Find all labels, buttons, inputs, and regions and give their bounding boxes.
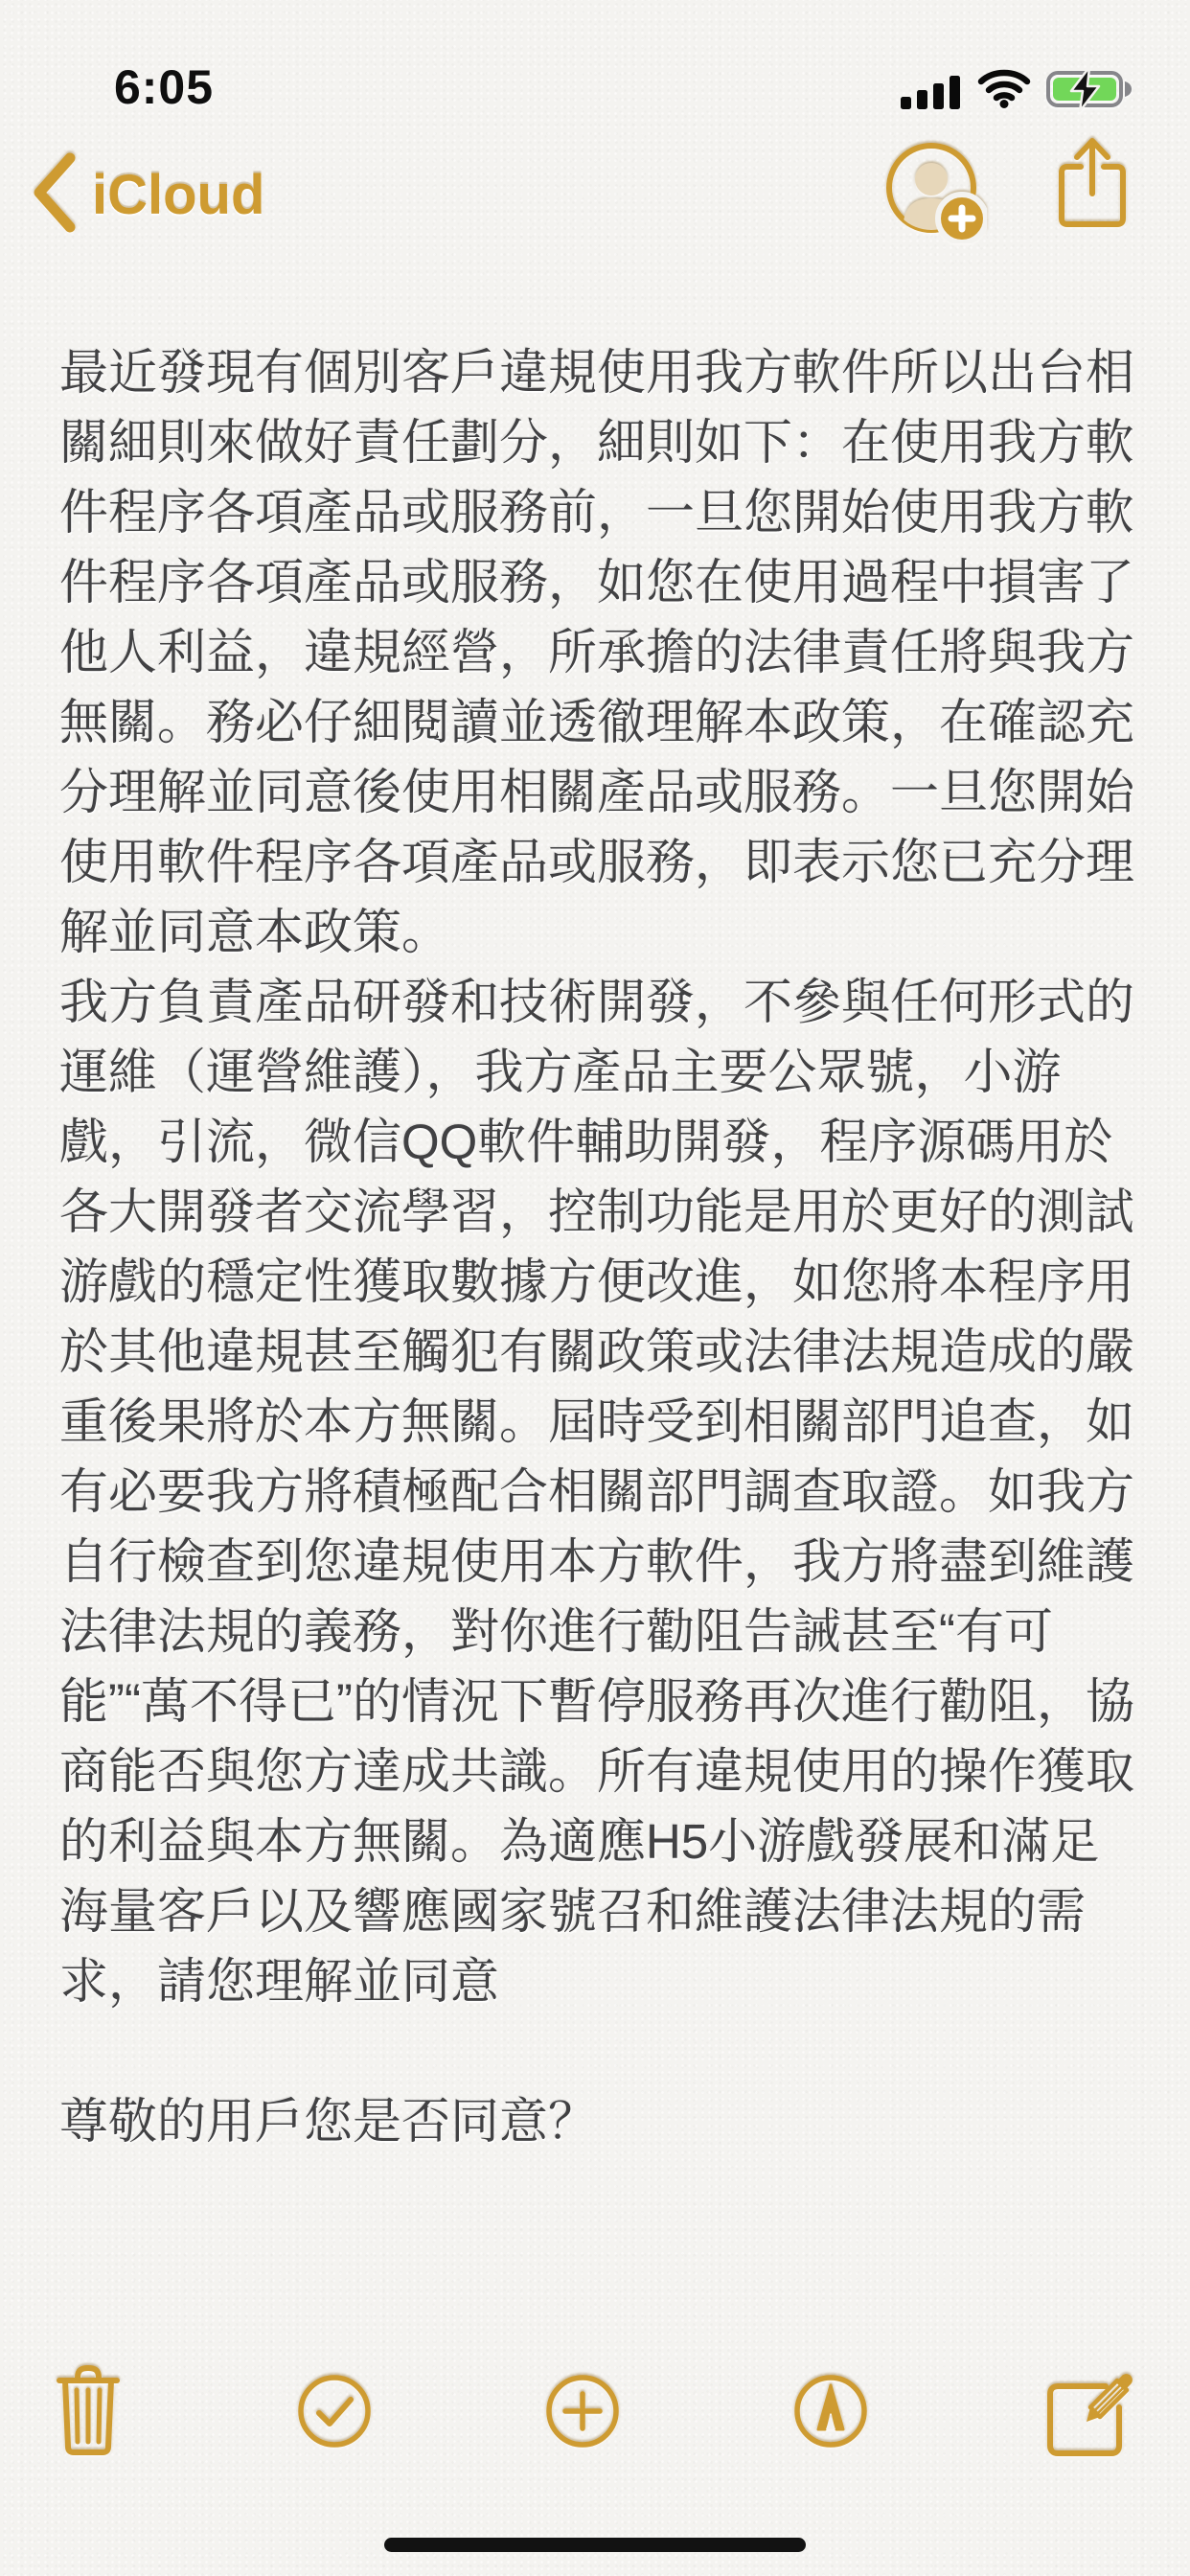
checklist-button[interactable] [296,2373,373,2454]
back-button-label: iCloud [92,163,264,227]
note-paragraph: 尊敬的用戶您是否同意？ [59,2086,1137,2156]
note-paragraph: 最近發現有個別客戶違規使用我方軟件所以出台相關細則來做好責任劃分，細則如下：在使… [59,337,1137,967]
back-button[interactable]: iCloud [31,151,264,239]
status-icons [901,63,1136,120]
back-chevron-icon [31,151,77,239]
home-indicator[interactable] [384,2538,806,2552]
cellular-signal-icon [901,69,962,114]
battery-charging-icon [1046,63,1136,120]
plus-circle-icon [544,2373,621,2454]
share-button[interactable] [1056,134,1129,235]
wifi-icon [977,69,1031,114]
note-paragraph-blank [59,2016,1137,2086]
trash-icon [52,2364,125,2463]
add-people-icon [883,231,987,247]
add-people-button[interactable] [883,140,987,248]
add-button[interactable] [544,2373,621,2454]
share-icon [1056,218,1129,234]
check-circle-icon [296,2373,373,2454]
delete-button[interactable] [52,2364,125,2463]
notes-app-screen: { "status_bar": { "time": "6:05" }, "nav… [0,0,1190,2576]
compose-icon [1041,2363,1138,2464]
markup-button[interactable] [792,2373,869,2454]
note-paragraph: 我方負責產品研發和技術開發，不參與任何形式的運維（運營維護），我方產品主要公眾號… [59,967,1137,2016]
compose-button[interactable] [1041,2363,1138,2464]
bottom-toolbar [0,2356,1190,2471]
note-body[interactable]: 最近發現有個別客戶違規使用我方軟件所以出台相關細則來做好責任劃分，細則如下：在使… [59,337,1137,2156]
markup-pen-icon [792,2373,869,2454]
status-time: 6:05 [92,59,236,115]
